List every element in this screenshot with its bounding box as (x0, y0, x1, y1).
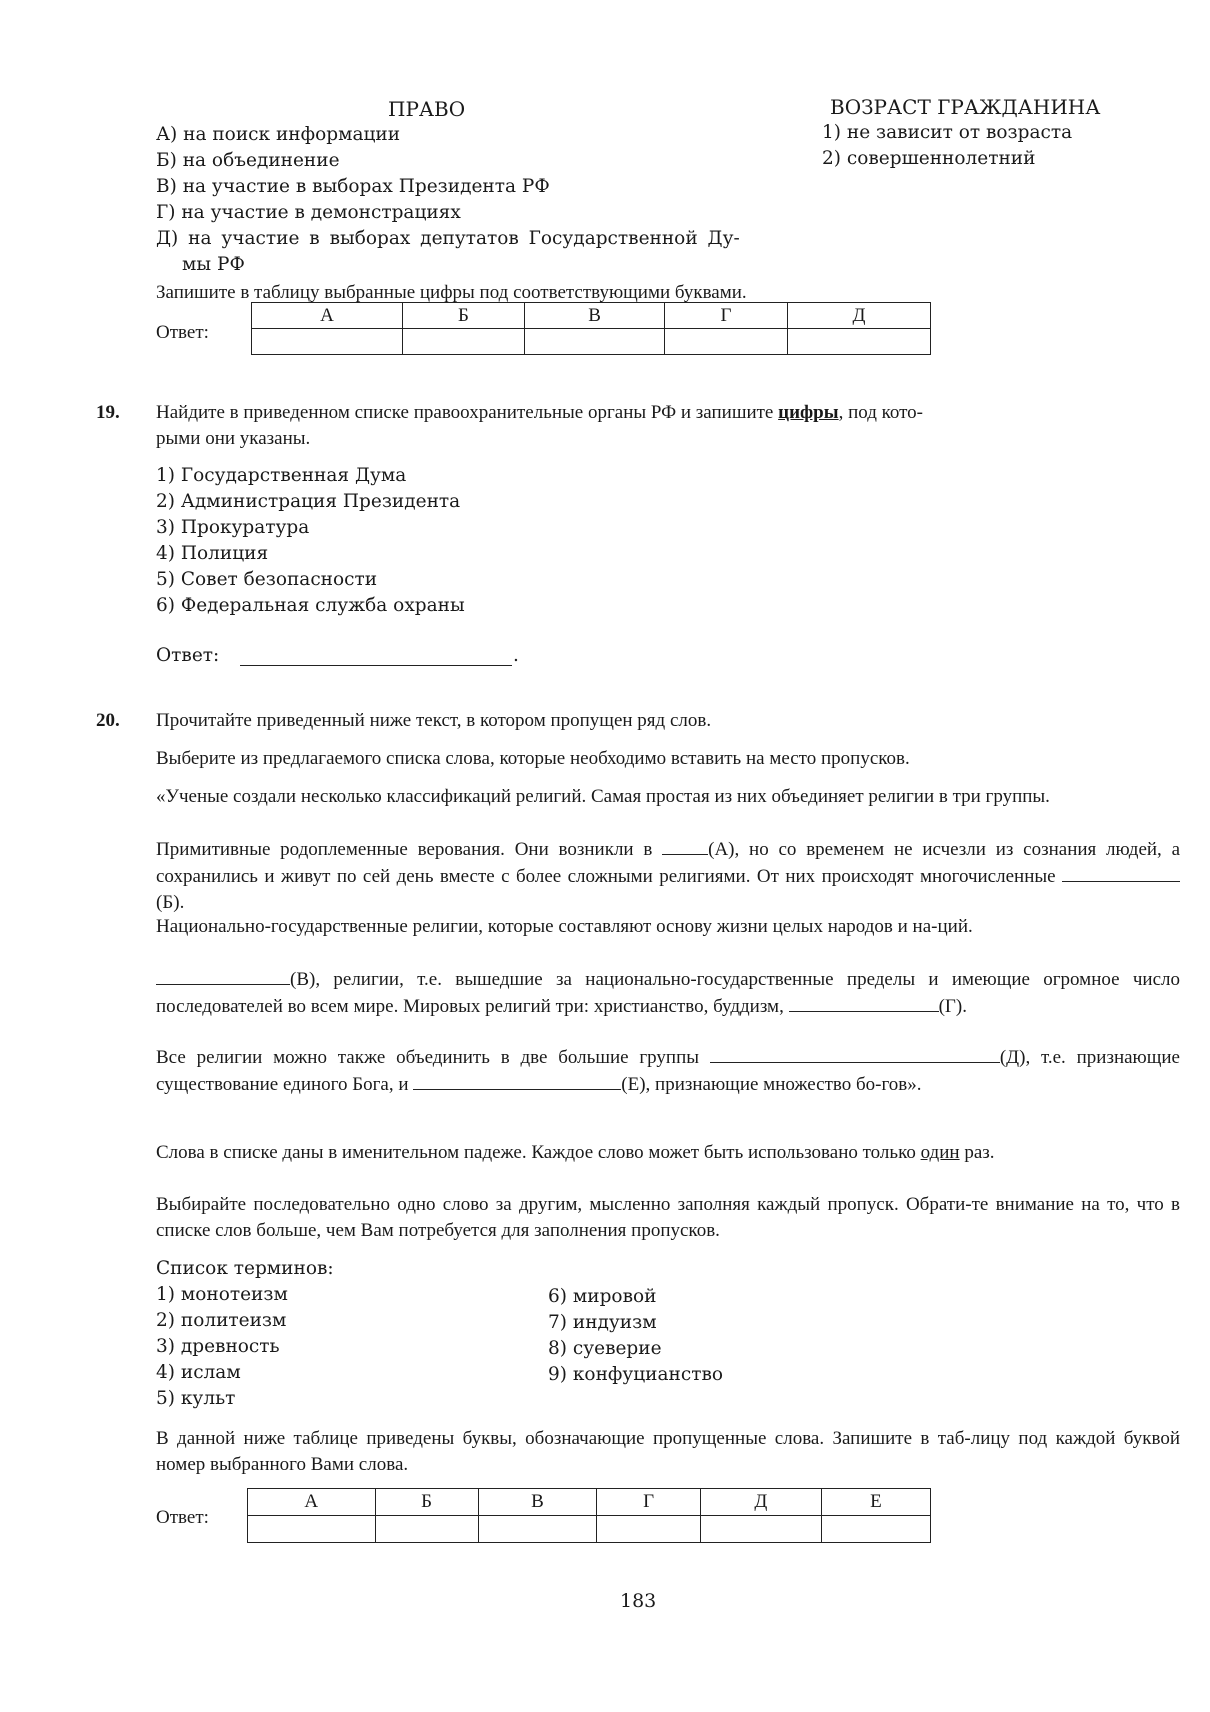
list-item: 2) Администрация Президента (156, 489, 465, 515)
rules-text: Слова в списке даны в именительном падеж… (156, 1140, 1180, 1166)
question-text: Найдите в приведенном списке правоохрани… (156, 402, 778, 423)
page-number: 183 (620, 1588, 656, 1614)
answer-label: Ответ: (156, 320, 209, 346)
terms-list-left: 1) монотеизм 2) политеизм 3) древность 4… (156, 1282, 288, 1412)
column-d: Д (700, 1489, 821, 1516)
terms-list-right: 6) мировой 7) индуизм 8) суеверие 9) кон… (548, 1284, 723, 1388)
column-header-right: ПРАВО (388, 96, 465, 122)
question-text: рыми они указаны. (156, 426, 310, 452)
answer-cell[interactable] (375, 1516, 478, 1543)
answer-label: Ответ: (156, 1505, 209, 1531)
column-g: Г (665, 303, 788, 329)
gap-text-p5: Все религии можно также объединить в две… (156, 1044, 1180, 1098)
answer-dot: . (513, 643, 519, 669)
gap-label: (В) (290, 969, 315, 990)
terms-title: Список терминов: (156, 1256, 334, 1282)
list-item: 2) совершеннолетний (822, 146, 1072, 172)
intro-text: Выберите из предлагаемого списка слова, … (156, 746, 910, 772)
column-g: Г (597, 1489, 701, 1516)
gap-b-blank[interactable] (1062, 863, 1180, 882)
term-item: 3) древность (156, 1334, 288, 1360)
text: Все религии можно также объединить в две… (156, 1047, 710, 1068)
gap-text-p3: Национально-государственные религии, кот… (156, 914, 1180, 940)
gap-text-p4: (В), религии, т.е. вышедшие за националь… (156, 966, 1180, 1020)
column-v: В (478, 1489, 596, 1516)
answer-cell[interactable] (787, 329, 930, 355)
list-item: Г) на участие в демонстрациях (156, 200, 740, 226)
task-number: 20. (96, 708, 120, 734)
list-item: В) на участие в выборах Президента РФ (156, 174, 740, 200)
list-item: 4) Полиция (156, 541, 465, 567)
column-b: Б (402, 303, 524, 329)
rights-list: А) на поиск информации Б) на объединение… (156, 122, 740, 278)
list-item: 1) Государственная Дума (156, 463, 465, 489)
emphasis: цифры (778, 402, 838, 423)
column-header-age: ВОЗРАСТ ГРАЖДАНИНА (830, 94, 1100, 120)
term-item: 5) культ (156, 1386, 288, 1412)
answer-table-18: А Б В Г Д (251, 302, 931, 355)
text: Примитивные родоплеменные верования. Они… (156, 839, 662, 860)
term-item: 6) мировой (548, 1284, 723, 1310)
list-item: 1) не зависит от возраста (822, 120, 1072, 146)
gap-e-blank[interactable] (413, 1071, 621, 1090)
gap-v-blank[interactable] (156, 966, 290, 985)
text: Слова в списке даны в именительном падеж… (156, 1142, 921, 1163)
intro-text: Прочитайте приведенный ниже текст, в кот… (156, 708, 711, 734)
column-a: А (248, 1489, 376, 1516)
list-item: 6) Федеральная служба охраны (156, 593, 465, 619)
column-a: А (252, 303, 403, 329)
question-text: , под кото- (839, 402, 923, 423)
text: раз. (960, 1142, 995, 1163)
list-item: Б) на объединение (156, 148, 740, 174)
rules-text-2: Выбирайте последовательно одно слово за … (156, 1192, 1180, 1244)
answer-cell[interactable] (821, 1516, 930, 1543)
answer-table-20: А Б В Г Д Е (247, 1488, 931, 1543)
options-list: 1) Государственная Дума 2) Администрация… (156, 463, 465, 619)
answer-cell[interactable] (402, 329, 524, 355)
column-d: Д (787, 303, 930, 329)
gap-text-p1: «Ученые создали несколько классификаций … (156, 784, 1180, 810)
gap-text-p2: Примитивные родоплеменные верования. Они… (156, 836, 1180, 916)
answer-cell[interactable] (525, 329, 665, 355)
answer-cell[interactable] (478, 1516, 596, 1543)
gap-label: (Б). (156, 892, 184, 913)
answer-cell[interactable] (665, 329, 788, 355)
term-item: 4) ислам (156, 1360, 288, 1386)
gap-label: (А) (708, 839, 734, 860)
gap-a-blank[interactable] (662, 836, 708, 855)
gap-g-blank[interactable] (789, 993, 939, 1012)
answer-cell[interactable] (252, 329, 403, 355)
gap-label: (Д) (1000, 1047, 1026, 1068)
answer-cell[interactable] (700, 1516, 821, 1543)
gap-label: (Е) (621, 1074, 645, 1095)
answer-cell[interactable] (248, 1516, 376, 1543)
column-e: Е (821, 1489, 930, 1516)
list-item: 5) Совет безопасности (156, 567, 465, 593)
term-item: 2) политеизм (156, 1308, 288, 1334)
term-item: 8) суеверие (548, 1336, 723, 1362)
term-item: 1) монотеизм (156, 1282, 288, 1308)
ages-list: 1) не зависит от возраста 2) совершеннол… (822, 120, 1072, 172)
answer-cell[interactable] (597, 1516, 701, 1543)
list-item: Д) на участие в выборах депутатов Госуда… (156, 226, 740, 252)
table-instruction: В данной ниже таблице приведены буквы, о… (156, 1426, 1180, 1478)
list-item: А) на поиск информации (156, 122, 740, 148)
list-item: мы РФ (156, 252, 740, 278)
answer-label: Ответ: (156, 643, 219, 669)
task-question: Найдите в приведенном списке правоохрани… (156, 400, 1180, 426)
list-item: 3) Прокуратура (156, 515, 465, 541)
gap-d-blank[interactable] (710, 1044, 1000, 1063)
column-b: Б (375, 1489, 478, 1516)
task-number: 19. (96, 400, 120, 426)
column-v: В (525, 303, 665, 329)
emphasis: один (921, 1142, 960, 1163)
answer-line[interactable] (240, 645, 512, 666)
term-item: 9) конфуцианство (548, 1362, 723, 1388)
gap-label: (Г). (939, 996, 967, 1017)
term-item: 7) индуизм (548, 1310, 723, 1336)
text: , признающие множество бо-гов». (646, 1074, 922, 1095)
